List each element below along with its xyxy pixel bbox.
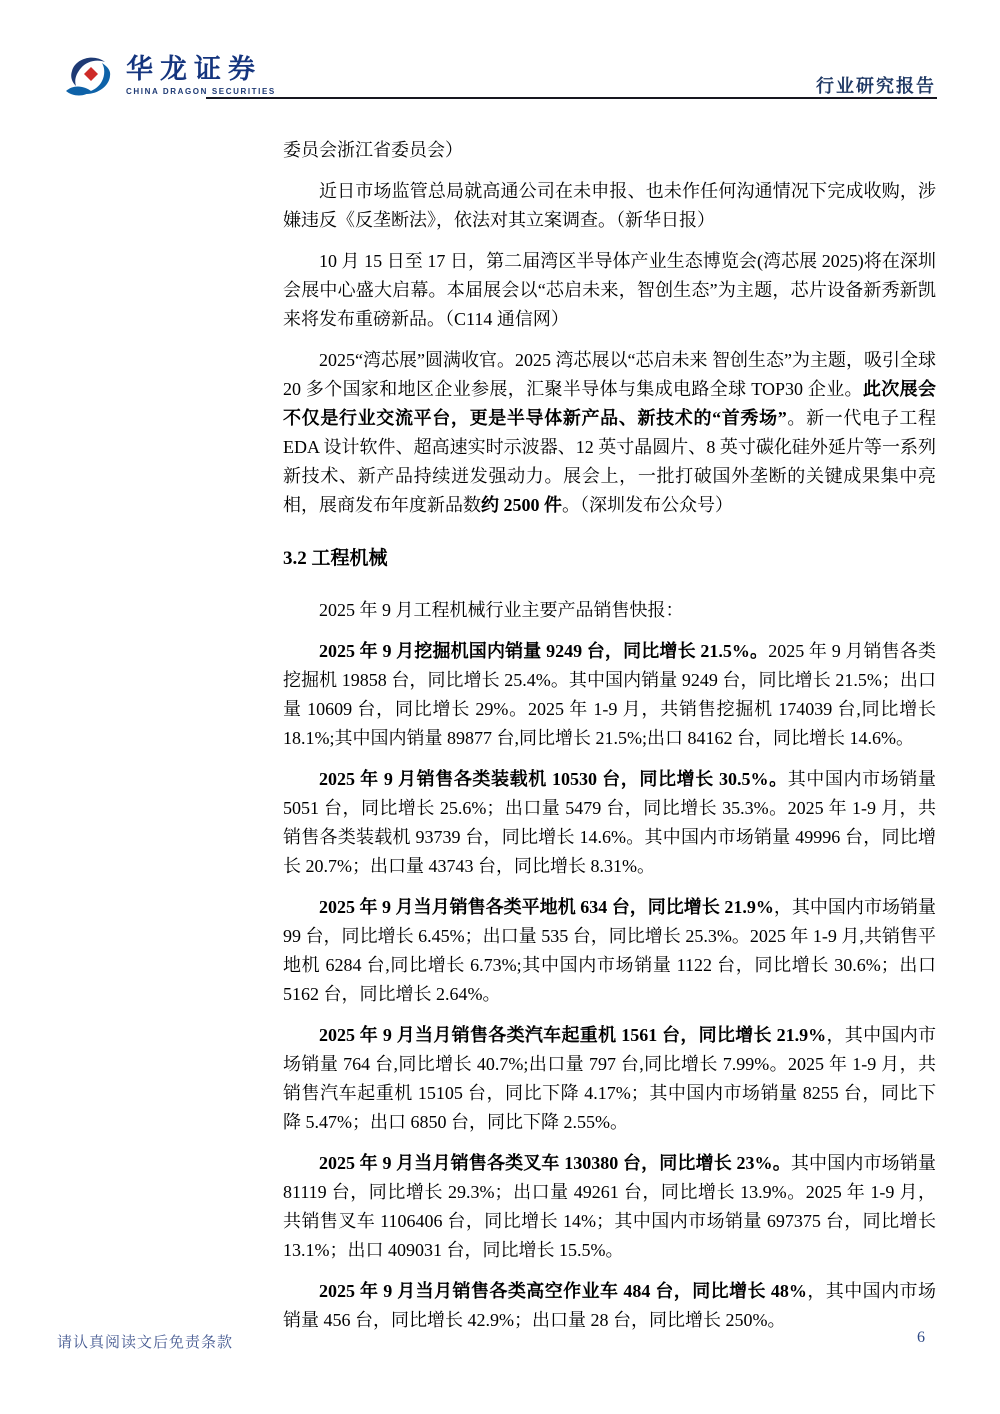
text-run: 委员会浙江省委员会） xyxy=(283,140,463,160)
header-divider xyxy=(206,97,937,99)
report-page: 华龙证券 CHINA DRAGON SECURITIES 行业研究报告 委员会浙… xyxy=(0,0,1000,1414)
globe-swirl-logo-icon xyxy=(64,54,118,100)
paragraph: 2025 年 9 月工程机械行业主要产品销售快报： xyxy=(283,596,936,625)
text-run-bold: 2025 年 9 月当月销售各类高空作业车 484 台，同比增长 48% xyxy=(319,1281,807,1301)
text-run: 。（深圳发布公众号） xyxy=(562,495,733,515)
text-run-bold: 2025 年 9 月当月销售各类平地机 634 台，同比增长 21.9% xyxy=(319,897,774,917)
page-header: 华龙证券 CHINA DRAGON SECURITIES 行业研究报告 xyxy=(0,0,1000,110)
text-run: 近日市场监管总局就高通公司在未申报、也未作任何沟通情况下完成收购，涉嫌违反《反垄… xyxy=(283,181,936,230)
text-run-bold: 2025 年 9 月当月销售各类汽车起重机 1561 台，同比增长 21.9% xyxy=(319,1025,826,1045)
body-paragraphs: 委员会浙江省委员会）近日市场监管总局就高通公司在未申报、也未作任何沟通情况下完成… xyxy=(283,136,936,1347)
paragraph: 2025 年 9 月销售各类装载机 10530 台，同比增长 30.5%。其中国… xyxy=(283,765,936,881)
text-run: 2025“湾芯展”圆满收官。2025 湾芯展以“芯启未来 智创生态”为主题，吸引… xyxy=(283,350,936,399)
footer-disclaimer: 请认真阅读文后免责条款 xyxy=(57,1331,233,1352)
company-name-en: CHINA DRAGON SECURITIES xyxy=(126,88,276,96)
section-heading: 3.2 工程机械 xyxy=(283,546,936,572)
paragraph: 近日市场监管总局就高通公司在未申报、也未作任何沟通情况下完成收购，涉嫌违反《反垄… xyxy=(283,177,936,235)
paragraph: 2025 年 9 月当月销售各类叉车 130380 台，同比增长 23%。其中国… xyxy=(283,1149,936,1265)
text-run-bold: 2025 年 9 月挖掘机国内销量 9249 台，同比增长 21.5%。 xyxy=(319,641,768,661)
report-type-label: 行业研究报告 xyxy=(816,72,936,98)
company-logo-text: 华龙证券 CHINA DRAGON SECURITIES xyxy=(126,54,276,96)
paragraph: 2025 年 9 月当月销售各类高空作业车 484 台，同比增长 48%，其中国… xyxy=(283,1277,936,1335)
text-run: 2025 年 9 月工程机械行业主要产品销售快报： xyxy=(319,600,684,620)
paragraph: 2025 年 9 月挖掘机国内销量 9249 台，同比增长 21.5%。2025… xyxy=(283,637,936,753)
text-run-bold: 2025 年 9 月当月销售各类叉车 130380 台，同比增长 23%。 xyxy=(319,1153,791,1173)
paragraph: 委员会浙江省委员会） xyxy=(283,136,936,165)
paragraph: 2025 年 9 月当月销售各类汽车起重机 1561 台，同比增长 21.9%，… xyxy=(283,1021,936,1137)
company-logo: 华龙证券 CHINA DRAGON SECURITIES xyxy=(64,54,276,100)
paragraph: 2025“湾芯展”圆满收官。2025 湾芯展以“芯启未来 智创生态”为主题，吸引… xyxy=(283,346,936,520)
text-run-bold: 3.2 工程机械 xyxy=(283,548,388,569)
page-number: 6 xyxy=(917,1329,925,1347)
paragraph: 10 月 15 日至 17 日，第二届湾区半导体产业生态博览会(湾芯展 2025… xyxy=(283,247,936,334)
paragraph: 2025 年 9 月当月销售各类平地机 634 台，同比增长 21.9%，其中国… xyxy=(283,893,936,1009)
text-run-bold: 2025 年 9 月销售各类装载机 10530 台，同比增长 30.5%。 xyxy=(319,769,788,789)
company-name-cn: 华龙证券 xyxy=(126,56,276,83)
text-run: 10 月 15 日至 17 日，第二届湾区半导体产业生态博览会(湾芯展 2025… xyxy=(283,251,936,329)
text-run-bold: 约 2500 件 xyxy=(481,495,562,515)
